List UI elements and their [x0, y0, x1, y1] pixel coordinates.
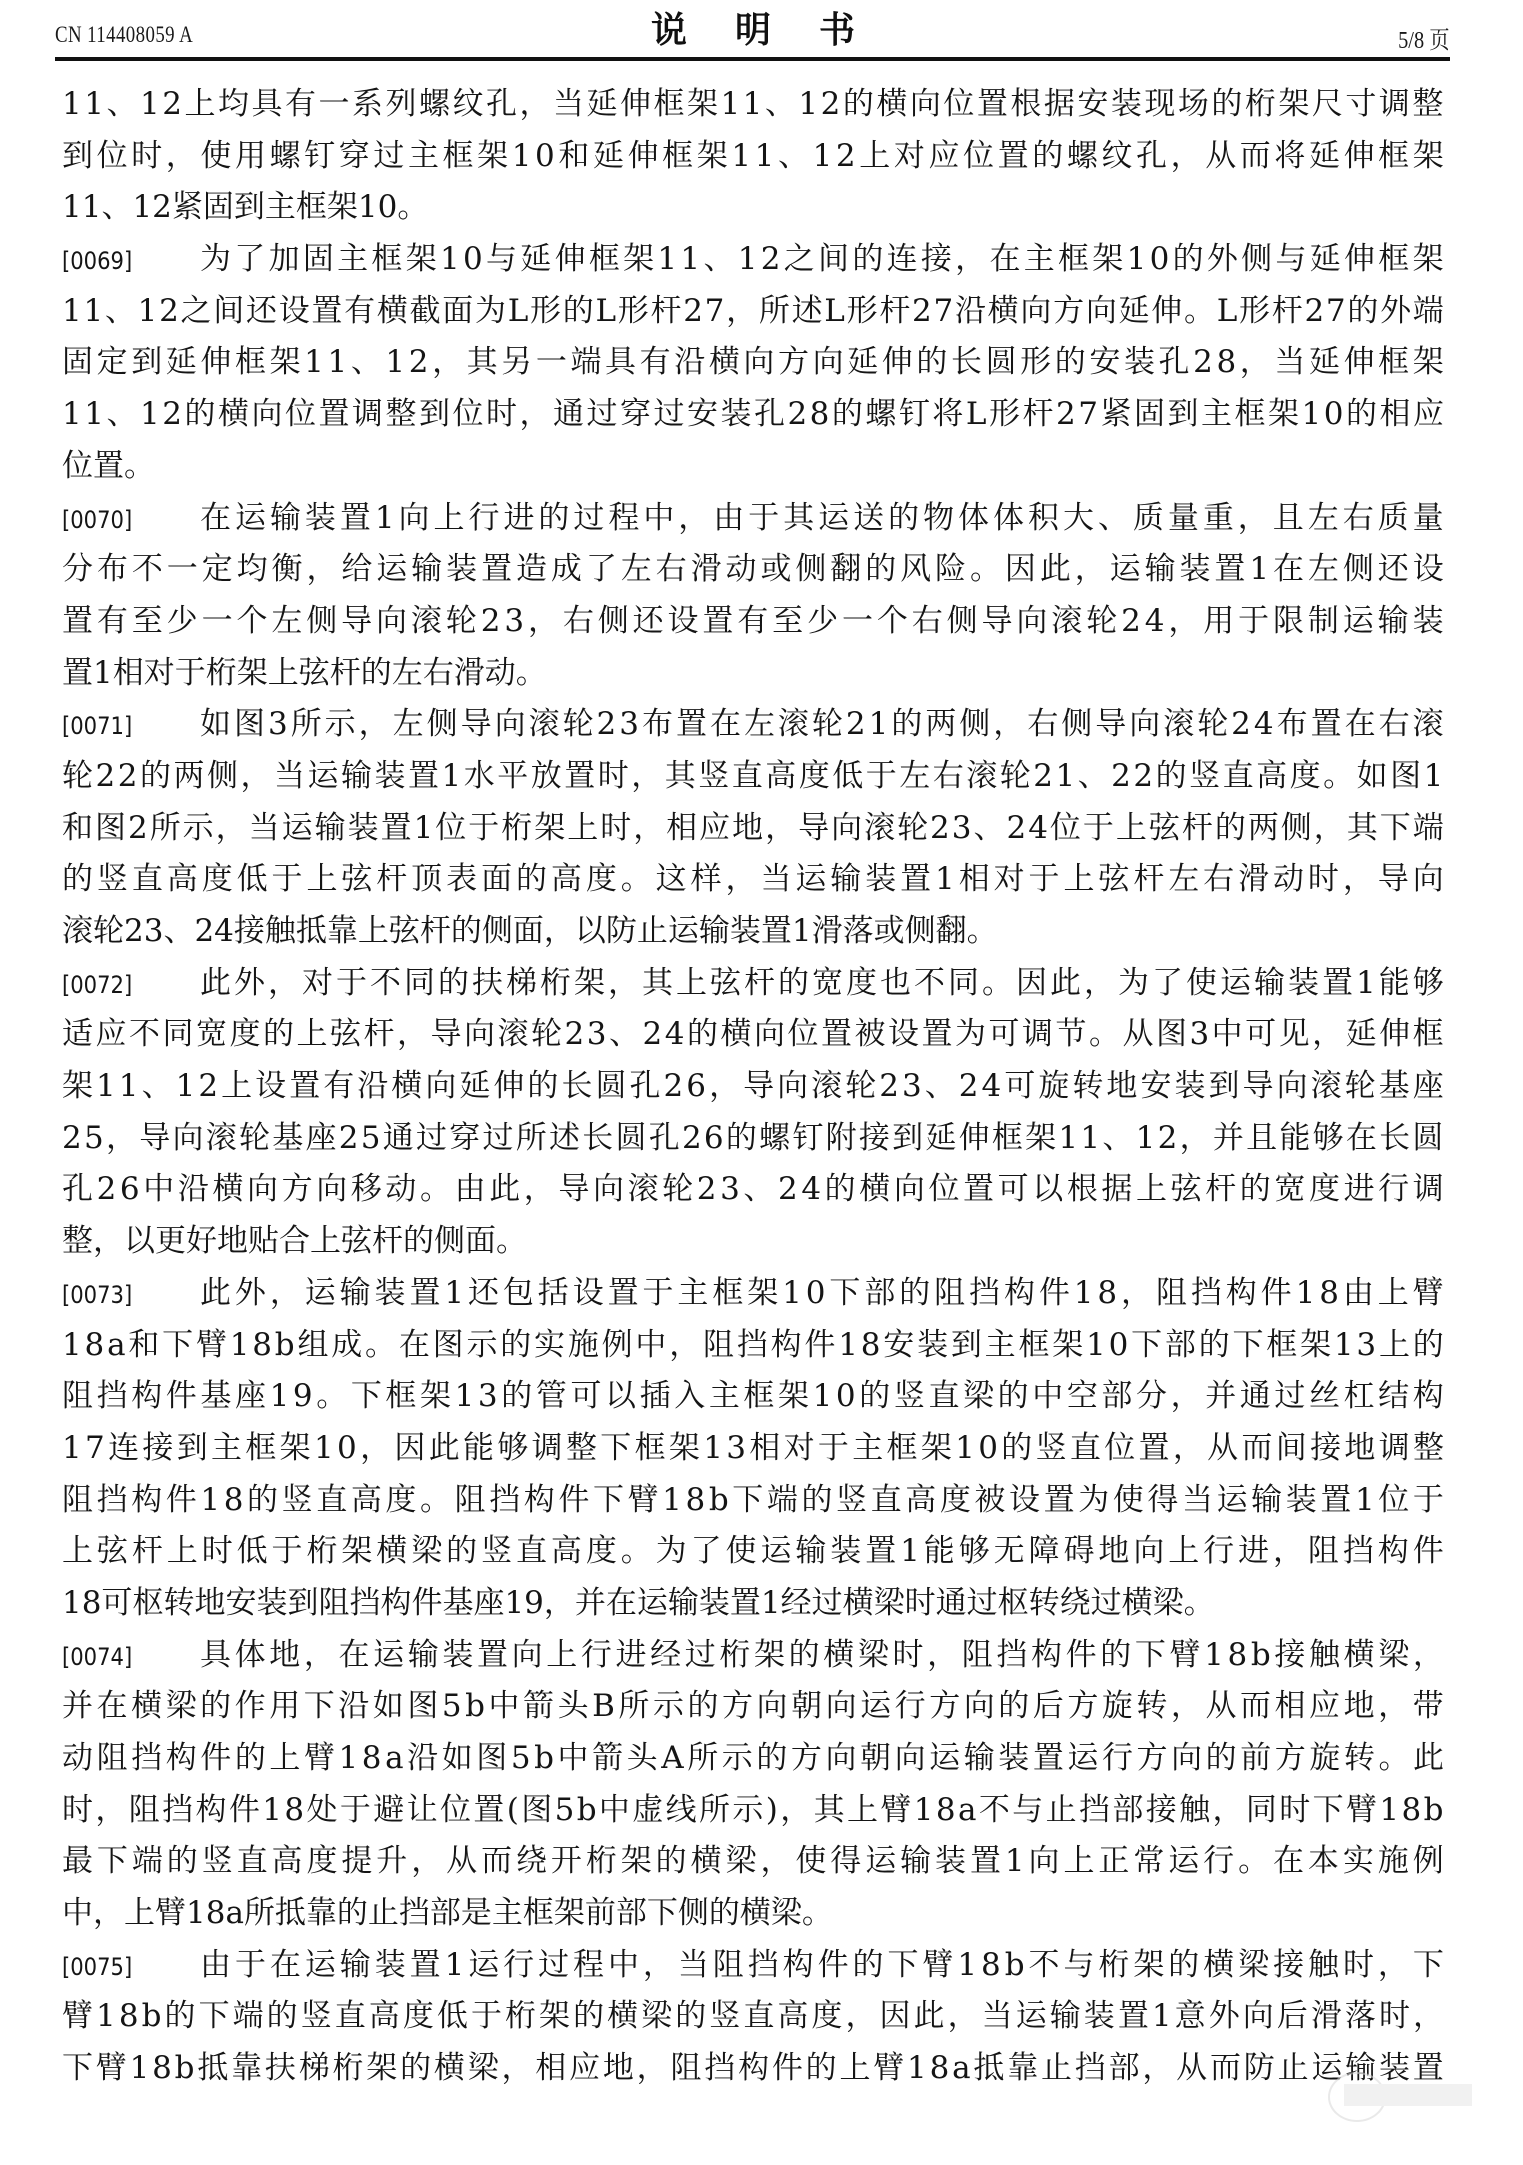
paragraph-first-line: [0070]在运输装置1向上行进的过程中，由于其运送的物体体积大、质量重，且左右…	[62, 498, 1444, 550]
paragraph-text: 在运输装置1向上行进的过程中，由于其运送的物体体积大、质量重，且左右质量	[200, 498, 1444, 538]
text-line: 整，以更好地贴合上弦杆的侧面。	[62, 1221, 1444, 1273]
text-line: 阻挡构件18的竖直高度。阻挡构件下臂18b下端的竖直高度被设置为使得当运输装置1…	[62, 1480, 1444, 1532]
text-line: 时，阻挡构件18处于避让位置(图5b中虚线所示)，其上臂18a不与止挡部接触，同…	[62, 1790, 1444, 1842]
paragraph-number: [0070]	[62, 500, 183, 540]
text-line: 臂18b的下端的竖直高度低于桁架的横梁的竖直高度，因此，当运输装置1意外向后滑落…	[62, 1996, 1444, 2048]
text-line: 滚轮23、24接触抵靠上弦杆的侧面，以防止运输装置1滑落或侧翻。	[62, 911, 1444, 963]
paragraph-number: [0073]	[62, 1275, 183, 1315]
paragraph-number: [0075]	[62, 1947, 183, 1987]
text-line: 分布不一定均衡，给运输装置造成了左右滑动或侧翻的风险。因此，运输装置1在左侧还设	[62, 549, 1444, 601]
paragraph-first-line: [0071]如图3所示，左侧导向滚轮23布置在左滚轮21的两侧，右侧导向滚轮24…	[62, 704, 1444, 756]
text-line: 置有至少一个左侧导向滚轮23，右侧还设置有至少一个右侧导向滚轮24，用于限制运输…	[62, 601, 1444, 653]
text-line: 上弦杆上时低于桁架横梁的竖直高度。为了使运输装置1能够无障碍地向上行进，阻挡构件	[62, 1531, 1444, 1583]
paragraph-text: 由于在运输装置1运行过程中，当阻挡构件的下臂18b不与桁架的横梁接触时，下	[200, 1945, 1444, 1985]
text-line: 25，导向滚轮基座25通过穿过所述长圆孔26的螺钉附接到延伸框架11、12，并且…	[62, 1118, 1444, 1170]
text-line: 轮22的两侧，当运输装置1水平放置时，其竖直高度低于左右滚轮21、22的竖直高度…	[62, 756, 1444, 808]
paragraph-text: 为了加固主框架10与延伸框架11、12之间的连接，在主框架10的外侧与延伸框架	[200, 239, 1444, 279]
text-line: 下臂18b抵靠扶梯桁架的横梁，相应地，阻挡构件的上臂18a抵靠止挡部，从而防止运…	[62, 2048, 1444, 2100]
paragraph-first-line: [0069]为了加固主框架10与延伸框架11、12之间的连接，在主框架10的外侧…	[62, 239, 1444, 291]
text-line: 并在横梁的作用下沿如图5b中箭头B所示的方向朝向运行方向的后方旋转，从而相应地，…	[62, 1686, 1444, 1738]
specification-body: 11、12上均具有一系列螺纹孔，当延伸框架11、12的横向位置根据安装现场的桁架…	[62, 84, 1444, 2100]
paragraph-number: [0069]	[62, 241, 183, 281]
paragraph-first-line: [0074]具体地，在运输装置向上行进经过桁架的横梁时，阻挡构件的下臂18b接触…	[62, 1635, 1444, 1687]
text-line: 18可枢转地安装到阻挡构件基座19，并在运输装置1经过横梁时通过枢转绕过横梁。	[62, 1583, 1444, 1635]
text-line: 阻挡构件基座19。下框架13的管可以插入主框架10的竖直梁的中空部分，并通过丝杠…	[62, 1376, 1444, 1428]
text-line: 11、12的横向位置调整到位时，通过穿过安装孔28的螺钉将L形杆27紧固到主框架…	[62, 394, 1444, 446]
paragraph-number: [0074]	[62, 1637, 183, 1677]
text-line: 固定到延伸框架11、12，其另一端具有沿横向方向延伸的长圆形的安装孔28，当延伸…	[62, 342, 1444, 394]
text-line: 置1相对于桁架上弦杆的左右滑动。	[62, 653, 1444, 705]
paragraph-first-line: [0073]此外，运输装置1还包括设置于主框架10下部的阻挡构件18，阻挡构件1…	[62, 1273, 1444, 1325]
paragraph-first-line: [0072]此外，对于不同的扶梯桁架，其上弦杆的宽度也不同。因此，为了使运输装置…	[62, 963, 1444, 1015]
text-line: 17连接到主框架10，因此能够调整下框架13相对于主框架10的竖直位置，从而间接…	[62, 1428, 1444, 1480]
header-divider	[55, 57, 1450, 61]
text-line: 和图2所示，当运输装置1位于桁架上时，相应地，导向滚轮23、24位于上弦杆的两侧…	[62, 808, 1444, 860]
text-line: 适应不同宽度的上弦杆，导向滚轮23、24的横向位置被设置为可调节。从图3中可见，…	[62, 1014, 1444, 1066]
paragraph-number: [0071]	[62, 706, 183, 746]
patent-number: CN 114408059 A	[55, 22, 193, 48]
paragraph-text: 如图3所示，左侧导向滚轮23布置在左滚轮21的两侧，右侧导向滚轮24布置在右滚	[200, 704, 1444, 744]
text-line: 到位时，使用螺钉穿过主框架10和延伸框架11、12上对应位置的螺纹孔，从而将延伸…	[62, 136, 1444, 188]
text-line: 11、12上均具有一系列螺纹孔，当延伸框架11、12的横向位置根据安装现场的桁架…	[62, 84, 1444, 136]
text-line: 孔26中沿横向方向移动。由此，导向滚轮23、24的横向位置可以根据上弦杆的宽度进…	[62, 1169, 1444, 1221]
page-header: CN 114408059 A 说明书 5/8 页	[55, 0, 1450, 62]
paragraph-first-line: [0075]由于在运输装置1运行过程中，当阻挡构件的下臂18b不与桁架的横梁接触…	[62, 1945, 1444, 1997]
text-line: 最下端的竖直高度提升，从而绕开桁架的横梁，使得运输装置1向上正常运行。在本实施例	[62, 1841, 1444, 1893]
text-line: 的竖直高度低于上弦杆顶表面的高度。这样，当运输装置1相对于上弦杆左右滑动时，导向	[62, 859, 1444, 911]
text-line: 位置。	[62, 446, 1444, 498]
paragraph-text: 此外，对于不同的扶梯桁架，其上弦杆的宽度也不同。因此，为了使运输装置1能够	[200, 963, 1444, 1003]
page-indicator: 5/8 页	[1398, 20, 1450, 55]
text-line: 11、12之间还设置有横截面为L形的L形杆27，所述L形杆27沿横向方向延伸。L…	[62, 291, 1444, 343]
text-line: 架11、12上设置有沿横向延伸的长圆孔26，导向滚轮23、24可旋转地安装到导向…	[62, 1066, 1444, 1118]
paragraph-text: 具体地，在运输装置向上行进经过桁架的横梁时，阻挡构件的下臂18b接触横梁，	[200, 1635, 1444, 1675]
paragraph-text: 此外，运输装置1还包括设置于主框架10下部的阻挡构件18，阻挡构件18由上臂	[200, 1273, 1444, 1313]
document-title: 说明书	[651, 2, 903, 53]
text-line: 11、12紧固到主框架10。	[62, 187, 1444, 239]
text-line: 18a和下臂18b组成。在图示的实施例中，阻挡构件18安装到主框架10下部的下框…	[62, 1325, 1444, 1377]
text-line: 动阻挡构件的上臂18a沿如图5b中箭头A所示的方向朝向运输装置运行方向的前方旋转…	[62, 1738, 1444, 1790]
paragraph-number: [0072]	[62, 965, 183, 1005]
text-line: 中，上臂18a所抵靠的止挡部是主框架前部下侧的横梁。	[62, 1893, 1444, 1945]
